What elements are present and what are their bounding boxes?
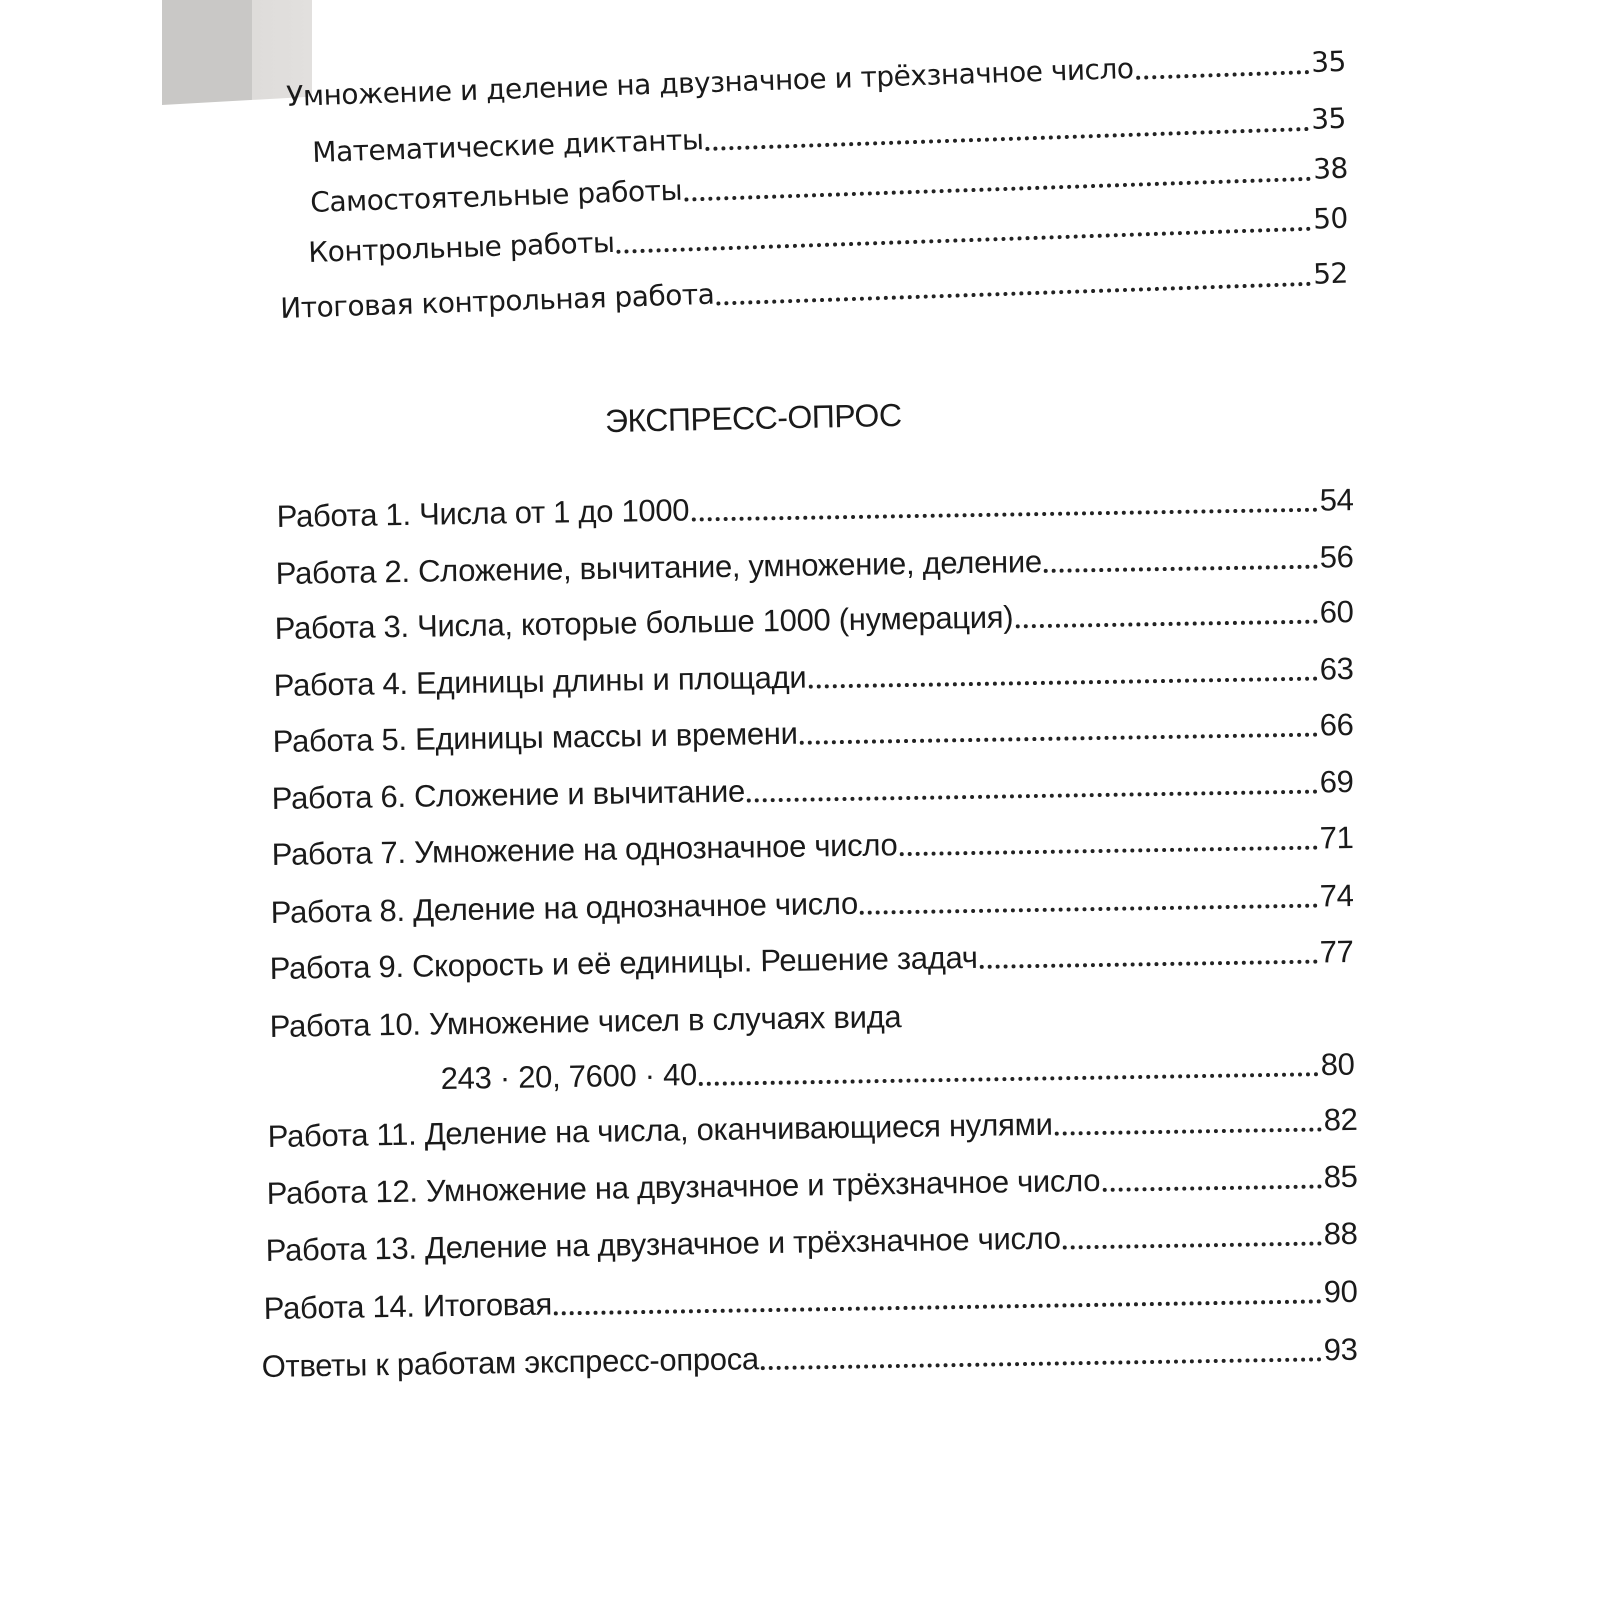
toc-entry-page: 63 — [1319, 650, 1353, 689]
leader-dots — [1063, 1241, 1322, 1249]
toc-entry-continuation: 243 · 20, 7600 · 40 — [440, 1056, 697, 1098]
toc-entry-label: Работа 2. Сложение, вычитание, умножение… — [275, 543, 1042, 593]
toc-entry-label: Математические диктанты — [312, 121, 704, 172]
toc-entry-label: Работа 5. Единицы массы и времени — [272, 715, 798, 761]
leader-dots — [747, 790, 1318, 803]
leader-dots — [691, 508, 1318, 522]
toc-entry-label: Работа 1. Числа от 1 до 1000 — [276, 492, 689, 536]
toc-entry: Работа 7. Умножение на однозначное число… — [271, 819, 1353, 874]
leader-dots — [554, 1299, 1322, 1315]
toc-entry: Работа 5. Единицы массы и времени66 — [272, 706, 1353, 761]
leader-dots — [706, 127, 1310, 151]
toc-entry-page: 52 — [1313, 255, 1349, 294]
toc-entry-label: Работа 11. Деление на числа, оканчивающи… — [267, 1106, 1052, 1156]
toc-entry-label: Ответы к работам экспресс-опроса — [261, 1340, 759, 1386]
toc-entry: Работа 12. Умножение на двузначное и трё… — [266, 1158, 1357, 1213]
toc-entry-page: 54 — [1319, 481, 1353, 520]
toc-entry: Работа 2. Сложение, вычитание, умножение… — [275, 538, 1353, 593]
toc-entry-page: 74 — [1319, 877, 1353, 916]
table-of-contents-page: Умножение и деление на двузначное и трёх… — [0, 0, 1600, 1600]
toc-entry-page: 56 — [1319, 538, 1353, 577]
toc-entry: Работа 14. Итоговая90 — [263, 1273, 1357, 1328]
toc-entry: Работа 11. Деление на числа, оканчивающи… — [267, 1101, 1357, 1156]
toc-entry-page: 77 — [1319, 933, 1353, 972]
toc-entry-page: 93 — [1323, 1331, 1357, 1370]
toc-entry-label: Работа 8. Деление на однозначное число — [270, 885, 858, 932]
toc-entry-page: 66 — [1319, 706, 1353, 745]
toc-entry: Ответы к работам экспресс-опроса93 — [261, 1331, 1357, 1386]
leader-dots — [1102, 1184, 1322, 1191]
toc-entry-label: Работа 12. Умножение на двузначное и трё… — [266, 1162, 1100, 1213]
toc-entry-label: Работа 13. Деление на двузначное и трёхз… — [265, 1220, 1061, 1270]
leader-dots — [1044, 565, 1318, 573]
leader-dots — [860, 904, 1318, 915]
toc-entry: Работа 3. Числа, которые больше 1000 (ну… — [274, 593, 1353, 648]
section-title: ЭКСПРЕСС-ОПРОС — [605, 397, 902, 440]
leader-dots — [808, 677, 1317, 689]
toc-entry-page: 60 — [1319, 593, 1353, 632]
toc-entry: Работа 13. Деление на двузначное и трёхз… — [265, 1215, 1357, 1270]
toc-entry-label: Работа 6. Сложение и вычитание — [271, 773, 745, 818]
leader-dots — [617, 227, 1312, 254]
toc-entry-page: 85 — [1323, 1158, 1357, 1197]
toc-entry-page: 80 — [1320, 1046, 1354, 1085]
leader-dots — [1055, 1127, 1322, 1135]
toc-entry-label: Работа 9. Скорость и её единицы. Решение… — [269, 939, 977, 988]
leader-dots — [761, 1357, 1322, 1370]
toc-entry-page: 35 — [1311, 43, 1347, 82]
toc-entry-page: 71 — [1319, 819, 1353, 858]
toc-entry: Работа 6. Сложение и вычитание69 — [271, 763, 1353, 818]
toc-entry-page: 50 — [1313, 200, 1349, 239]
toc-entry-page: 69 — [1319, 763, 1353, 802]
leader-dots — [684, 177, 1311, 202]
leader-dots — [1015, 620, 1318, 629]
toc-entry-page: 82 — [1323, 1101, 1357, 1140]
toc-entry: Работа 8. Деление на однозначное число74 — [270, 877, 1353, 932]
toc-entry-label: Умножение и деление на двузначное и трёх… — [286, 50, 1134, 116]
toc-entry: Работа 4. Единицы длины и площади63 — [273, 650, 1353, 705]
toc-entry-page: 38 — [1313, 150, 1349, 189]
toc-entry-page: 35 — [1311, 100, 1347, 139]
toc-entry: Работа 1. Числа от 1 до 100054 — [276, 481, 1353, 536]
leader-dots — [716, 282, 1311, 306]
toc-entry-label: Работа 3. Числа, которые больше 1000 (ну… — [274, 598, 1013, 648]
toc-entry-label: Работа 7. Умножение на однозначное число — [271, 826, 897, 874]
toc-entry-label: Контрольные работы — [308, 224, 615, 272]
toc-entry-label: Работа 14. Итоговая — [263, 1285, 552, 1328]
toc-entry-label: Итоговая контрольная работа — [280, 276, 715, 328]
toc-entry: Работа 9. Скорость и её единицы. Решение… — [269, 933, 1353, 988]
toc-entry-page: 88 — [1323, 1215, 1357, 1254]
toc-entry-label: Работа 4. Единицы длины и площади — [273, 659, 806, 705]
leader-dots — [1136, 70, 1310, 80]
toc-entry: 243 · 20, 7600 · 4080 — [440, 1046, 1354, 1098]
leader-dots — [900, 846, 1318, 857]
leader-dots — [699, 1072, 1319, 1086]
toc-entry-page: 90 — [1323, 1273, 1357, 1312]
leader-dots — [800, 733, 1318, 745]
toc-entry-label: Работа 10. Умножение чисел в случаях вид… — [269, 998, 901, 1046]
toc-entry-label: Самостоятельные работы — [310, 172, 683, 222]
leader-dots — [980, 960, 1318, 969]
